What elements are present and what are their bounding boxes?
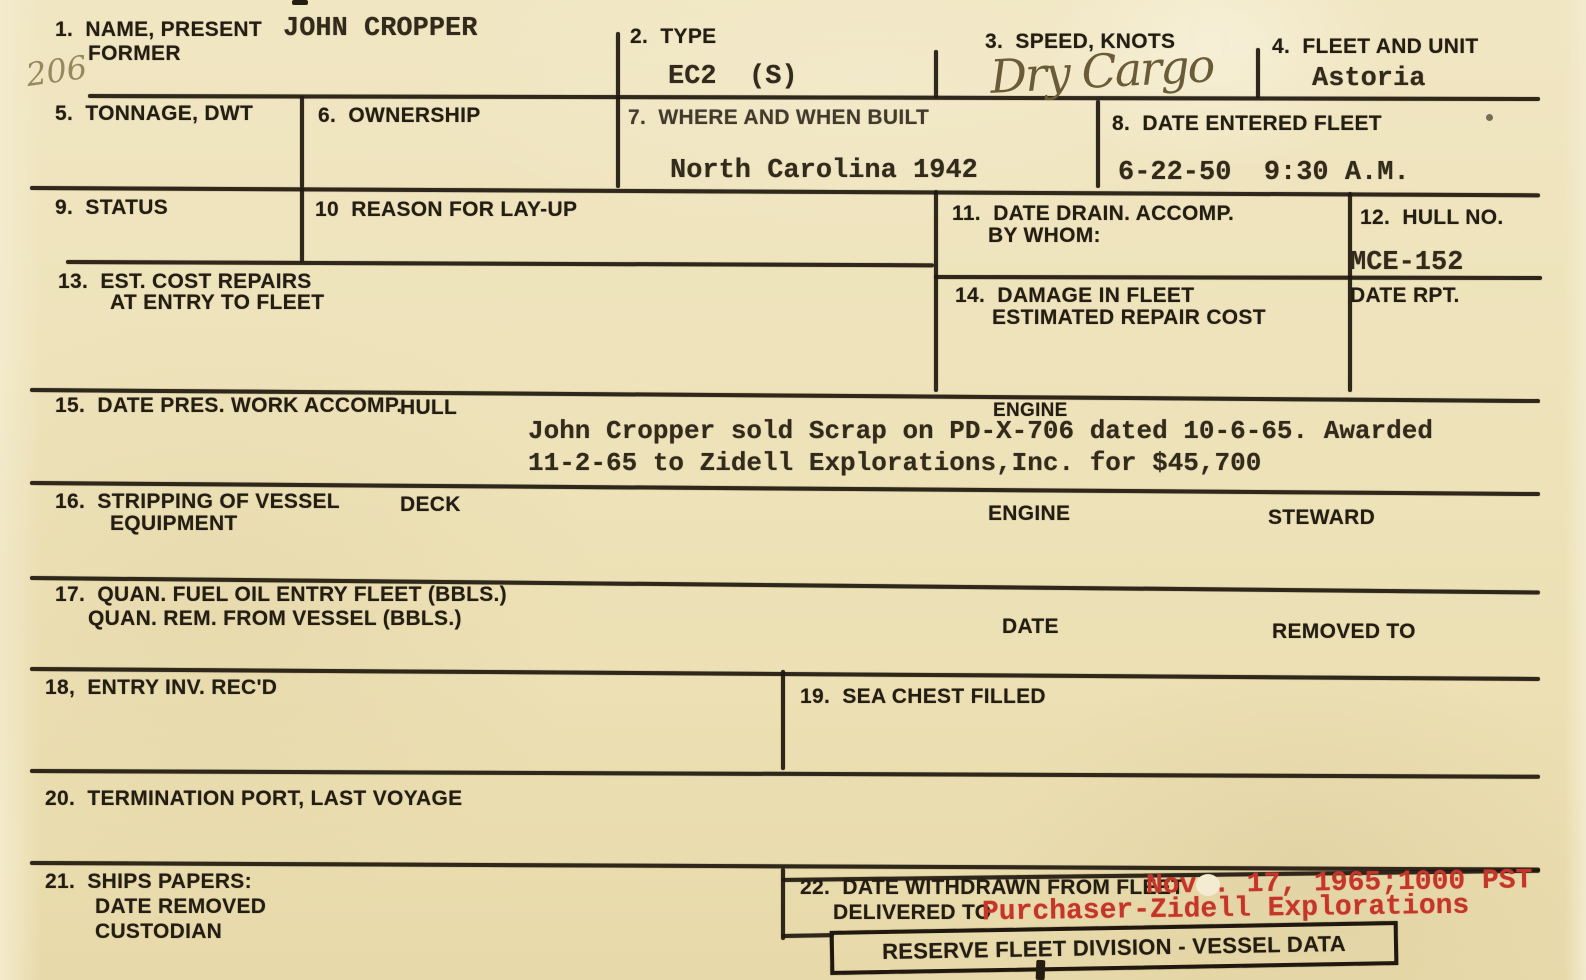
- field-8-label: 8. DATE ENTERED FLEET: [1112, 112, 1382, 136]
- divider-col-1-2: [616, 32, 620, 96]
- field-15-note-line2: 11-2-65 to Zidell Explorations,Inc. for …: [528, 448, 1261, 478]
- field-10-label: 10 REASON FOR LAY-UP: [315, 198, 577, 222]
- field-9-label: 9. STATUS: [55, 196, 168, 220]
- field-3-handwritten-value: Dry Cargo: [989, 38, 1215, 104]
- field-14-label: 14. DAMAGE IN FLEET: [955, 284, 1194, 308]
- field-15-note-line1: John Cropper sold Scrap on PD-X-706 date…: [528, 416, 1433, 446]
- field-21-date-removed-label: DATE REMOVED: [95, 895, 266, 919]
- divider-row3-left: [66, 260, 934, 267]
- field-16-deck-column-label: DECK: [400, 493, 461, 517]
- field-1-pencil-note: 206: [24, 48, 90, 94]
- footer-title-box: RESERVE FLEET DIVISION - VESSEL DATA: [830, 921, 1399, 975]
- field-12-date-rpt-label: DATE RPT.: [1350, 284, 1460, 308]
- field-17-date-column-label: DATE: [1002, 615, 1059, 639]
- paper-speck: [1486, 114, 1493, 121]
- field-20-label: 20. TERMINATION PORT, LAST VOYAGE: [45, 787, 462, 811]
- field-5-label: 5. TONNAGE, DWT: [55, 102, 253, 126]
- paper-blotch: [1196, 874, 1220, 896]
- field-16-label: 16. STRIPPING OF VESSEL: [55, 490, 340, 514]
- field-1-former-label: FORMER: [88, 42, 181, 66]
- divider-col-2-3: [934, 50, 938, 98]
- field-14-label-line2: ESTIMATED REPAIR COST: [992, 306, 1266, 330]
- divider-col-18-19: [781, 670, 785, 770]
- field-21-custodian-label: CUSTODIAN: [95, 920, 222, 944]
- field-4-label: 4. FLEET AND UNIT: [1272, 35, 1478, 59]
- divider-col-6-7: [616, 96, 620, 188]
- field-17-label: 17. QUAN. FUEL OIL ENTRY FLEET (BBLS.): [55, 583, 507, 607]
- divider-col-7-8: [1096, 100, 1100, 188]
- field-7-value: North Carolina 1942: [670, 156, 978, 186]
- field-1-value: JOHN CROPPER: [283, 14, 477, 44]
- paper-mark: [1036, 960, 1046, 980]
- field-21-label: 21. SHIPS PAPERS:: [45, 870, 252, 894]
- divider-col-9-10: [300, 188, 304, 262]
- field-16-engine-column-label: ENGINE: [988, 502, 1070, 526]
- field-16-equipment-label: EQUIPMENT: [110, 512, 238, 536]
- field-2-label: 2. TYPE: [630, 25, 716, 49]
- divider-box22-bottom-left: [782, 933, 834, 938]
- field-22-delivered-to-label: DELIVERED TO: [833, 901, 991, 925]
- divider-col-3-4: [1256, 48, 1260, 98]
- field-2-value: EC2 (S): [668, 62, 798, 92]
- vessel-data-card: 1. NAME, PRESENT FORMER JOHN CROPPER 206…: [0, 0, 1586, 980]
- paper-scratch: [1218, 30, 1235, 71]
- field-15-label: 15. DATE PRES. WORK ACCOMP.: [55, 394, 403, 418]
- field-11-by-whom-label: BY WHOM:: [988, 224, 1101, 248]
- field-16-steward-column-label: STEWARD: [1268, 506, 1375, 530]
- field-17-label-line2: QUAN. REM. FROM VESSEL (BBLS.): [88, 607, 462, 631]
- field-1-label: 1. NAME, PRESENT: [55, 18, 262, 42]
- field-12-label: 12. HULL NO.: [1360, 206, 1504, 230]
- field-8-value: 6-22-50 9:30 A.M.: [1118, 158, 1410, 188]
- divider-col-10-11: [934, 190, 938, 392]
- field-6-label: 6. OWNERSHIP: [318, 104, 481, 128]
- footer-title: RESERVE FLEET DIVISION - VESSEL DATA: [882, 931, 1346, 965]
- paper-speck: [292, 0, 308, 5]
- field-4-value: Astoria: [1312, 64, 1425, 94]
- field-18-label: 18, ENTRY INV. REC'D: [45, 676, 277, 700]
- divider-row1: [88, 94, 1540, 101]
- field-7-label: 7. WHERE AND WHEN BUILT: [628, 106, 929, 130]
- field-12-value: MCE-152: [1350, 248, 1463, 278]
- field-11-label: 11. DATE DRAIN. ACCOMP.: [952, 202, 1234, 226]
- field-15-hull-column-label: HULL: [400, 396, 457, 420]
- divider-col-21-22: [781, 868, 785, 940]
- divider-row8: [30, 769, 1540, 779]
- field-17-removed-to-column-label: REMOVED TO: [1272, 620, 1416, 644]
- field-19-label: 19. SEA CHEST FILLED: [800, 685, 1046, 709]
- field-13-label-line2: AT ENTRY TO FLEET: [110, 291, 324, 315]
- divider-col-5-6: [300, 96, 304, 188]
